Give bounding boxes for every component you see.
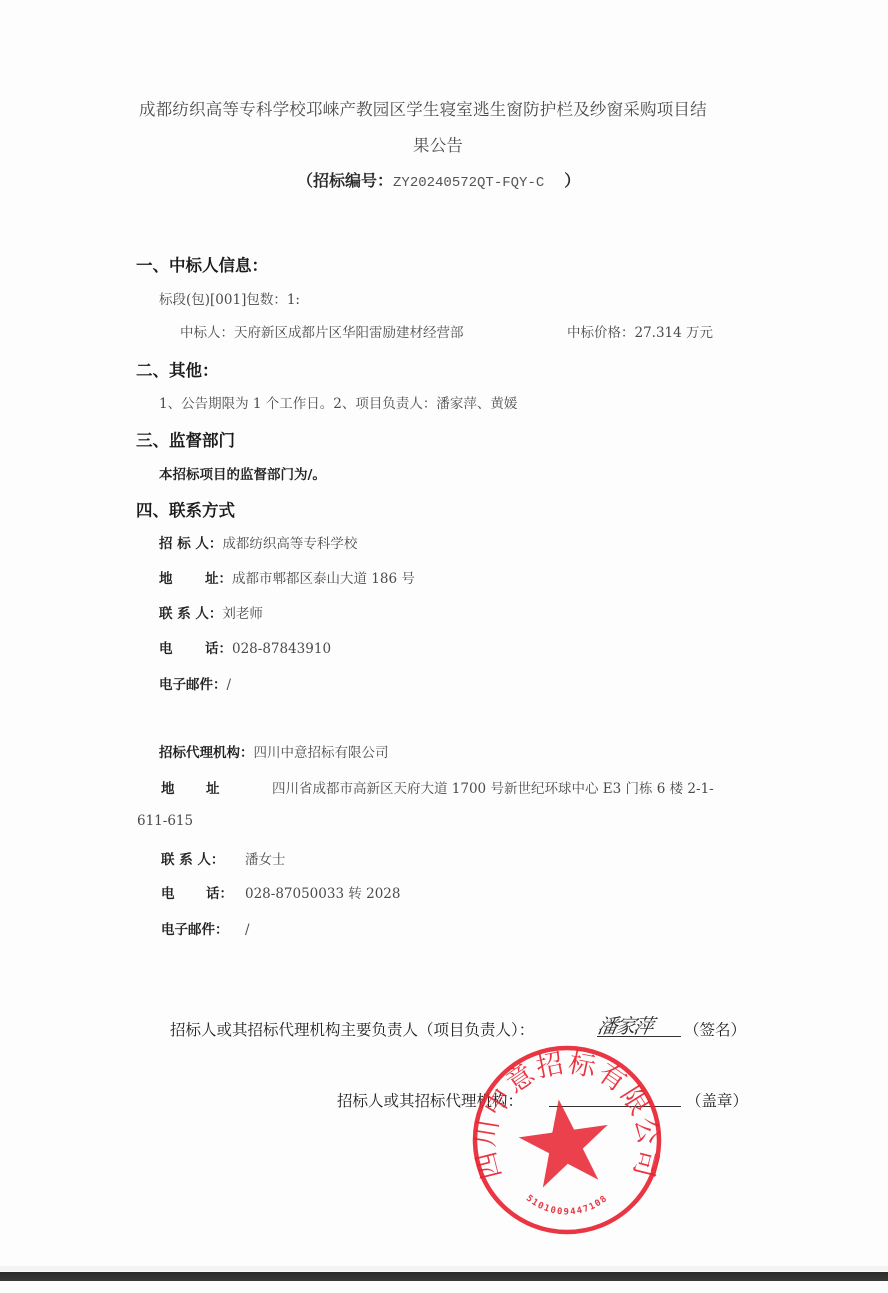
- agency-phone-row: 电话：028-87050033 转 2028: [161, 882, 400, 902]
- agency-address-line1: 四川省成都市高新区天府大道 1700 号新世纪环球中心 E3 门栋 6 楼 2-…: [272, 781, 714, 797]
- seal-suffix: （盖章）: [686, 1089, 748, 1111]
- tenderer-name: 成都纺织高等专科学校: [222, 536, 357, 552]
- bid-number-value: ZY20240572QT-FQY-C: [393, 175, 544, 191]
- winner-label: 中标人：: [180, 325, 234, 341]
- tenderer-phone-label-b: 话：: [205, 641, 232, 657]
- signature-underline: [597, 1036, 681, 1037]
- agency-address-row: 地址四川省成都市高新区天府大道 1700 号新世纪环球中心 E3 门栋 6 楼 …: [161, 777, 714, 797]
- agency-name-row: 招标代理机构：四川中意招标有限公司: [159, 741, 389, 761]
- agency-contact-label: 联 系 人：: [161, 848, 245, 868]
- tenderer-name-row: 招 标 人：成都纺织高等专科学校: [159, 532, 357, 552]
- tenderer-email: /: [227, 677, 232, 693]
- tenderer-address: 成都市郫都区泰山大道 186 号: [232, 571, 415, 587]
- agency-contact-row: 联 系 人：潘女士: [161, 848, 286, 868]
- agency-name: 四川中意招标有限公司: [254, 745, 389, 761]
- winner-name: 天府新区成都片区华阳雷励建材经营部: [234, 325, 464, 341]
- section3-heading: 三、监督部门: [136, 427, 235, 451]
- svg-text:5101009447108: 5101009447108: [524, 1193, 610, 1217]
- section1-heading: 一、中标人信息：: [136, 252, 268, 276]
- stamp-serial: 5101009447108: [524, 1193, 610, 1217]
- section2-text: 1、公告期限为 1 个工作日。2、项目负责人：潘家萍、黄媛: [159, 392, 517, 412]
- tenderer-phone-row: 电话：028-87843910: [159, 637, 331, 657]
- tenderer-name-label: 招 标 人：: [159, 536, 222, 552]
- section2-heading: 二、其他：: [136, 357, 219, 381]
- winner-line: 中标人：天府新区成都片区华阳雷励建材经营部: [180, 321, 464, 341]
- responsible-label: 招标人或其招标代理机构主要负责人（项目负责人）：: [170, 1018, 534, 1040]
- agency-phone-label-a: 电: [161, 882, 206, 902]
- document-title-line1: 成都纺织高等专科学校邛崃产教园区学生寝室逃生窗防护栏及纱窗采购项目结: [139, 96, 707, 120]
- tenderer-contact: 刘老师: [222, 606, 263, 622]
- tenderer-phone-label-a: 电: [159, 637, 205, 657]
- section3-text: 本招标项目的监督部门为/。: [159, 463, 326, 483]
- tenderer-email-row: 电子邮件：/: [159, 673, 231, 693]
- page-bottom-edge: [0, 1266, 888, 1271]
- agency-phone: 028-87050033 转 2028: [245, 886, 400, 902]
- tenderer-address-row: 地址：成都市郫都区泰山大道 186 号: [159, 567, 415, 587]
- agency-address-label-b: 址: [206, 777, 272, 797]
- bid-number-label: （招标编号：: [297, 171, 393, 190]
- agency-name-label: 招标代理机构：: [159, 745, 254, 761]
- agency-email: /: [245, 922, 250, 938]
- bid-number: （招标编号：ZY20240572QT-FQY-C）: [297, 168, 580, 191]
- package-line: 标段(包)[001]包数：1:: [159, 288, 300, 308]
- agency-phone-label-b: 话：: [206, 882, 245, 902]
- tenderer-contact-label: 联 系 人：: [159, 606, 222, 622]
- price-label: 中标价格：: [567, 325, 635, 341]
- agency-contact: 潘女士: [245, 852, 286, 868]
- price-value: 27.314 万元: [635, 325, 714, 341]
- agency-email-label: 电子邮件：: [161, 918, 245, 938]
- viewer-bottom-bar: [0, 1272, 888, 1281]
- company-seal-stamp: 四川中意招标有限公司 5101009447108: [470, 1043, 664, 1237]
- agency-address-line2: 611-615: [137, 813, 193, 829]
- handwritten-signature: 潘家萍: [595, 1010, 654, 1039]
- tenderer-contact-row: 联 系 人：刘老师: [159, 602, 263, 622]
- document-title-line2: 果公告: [413, 132, 463, 156]
- tenderer-address-label-b: 址：: [205, 571, 232, 587]
- price-line: 中标价格：27.314 万元: [567, 321, 713, 341]
- tenderer-phone: 028-87843910: [232, 641, 331, 657]
- bid-number-close: ）: [564, 171, 580, 190]
- agency-email-row: 电子邮件：/: [161, 918, 250, 938]
- section4-heading: 四、联系方式: [136, 497, 235, 521]
- tenderer-address-label-a: 地: [159, 567, 205, 587]
- sign-suffix: （签名）: [684, 1018, 746, 1040]
- tenderer-email-label: 电子邮件：: [159, 677, 227, 693]
- agency-address-label-a: 地: [161, 777, 206, 797]
